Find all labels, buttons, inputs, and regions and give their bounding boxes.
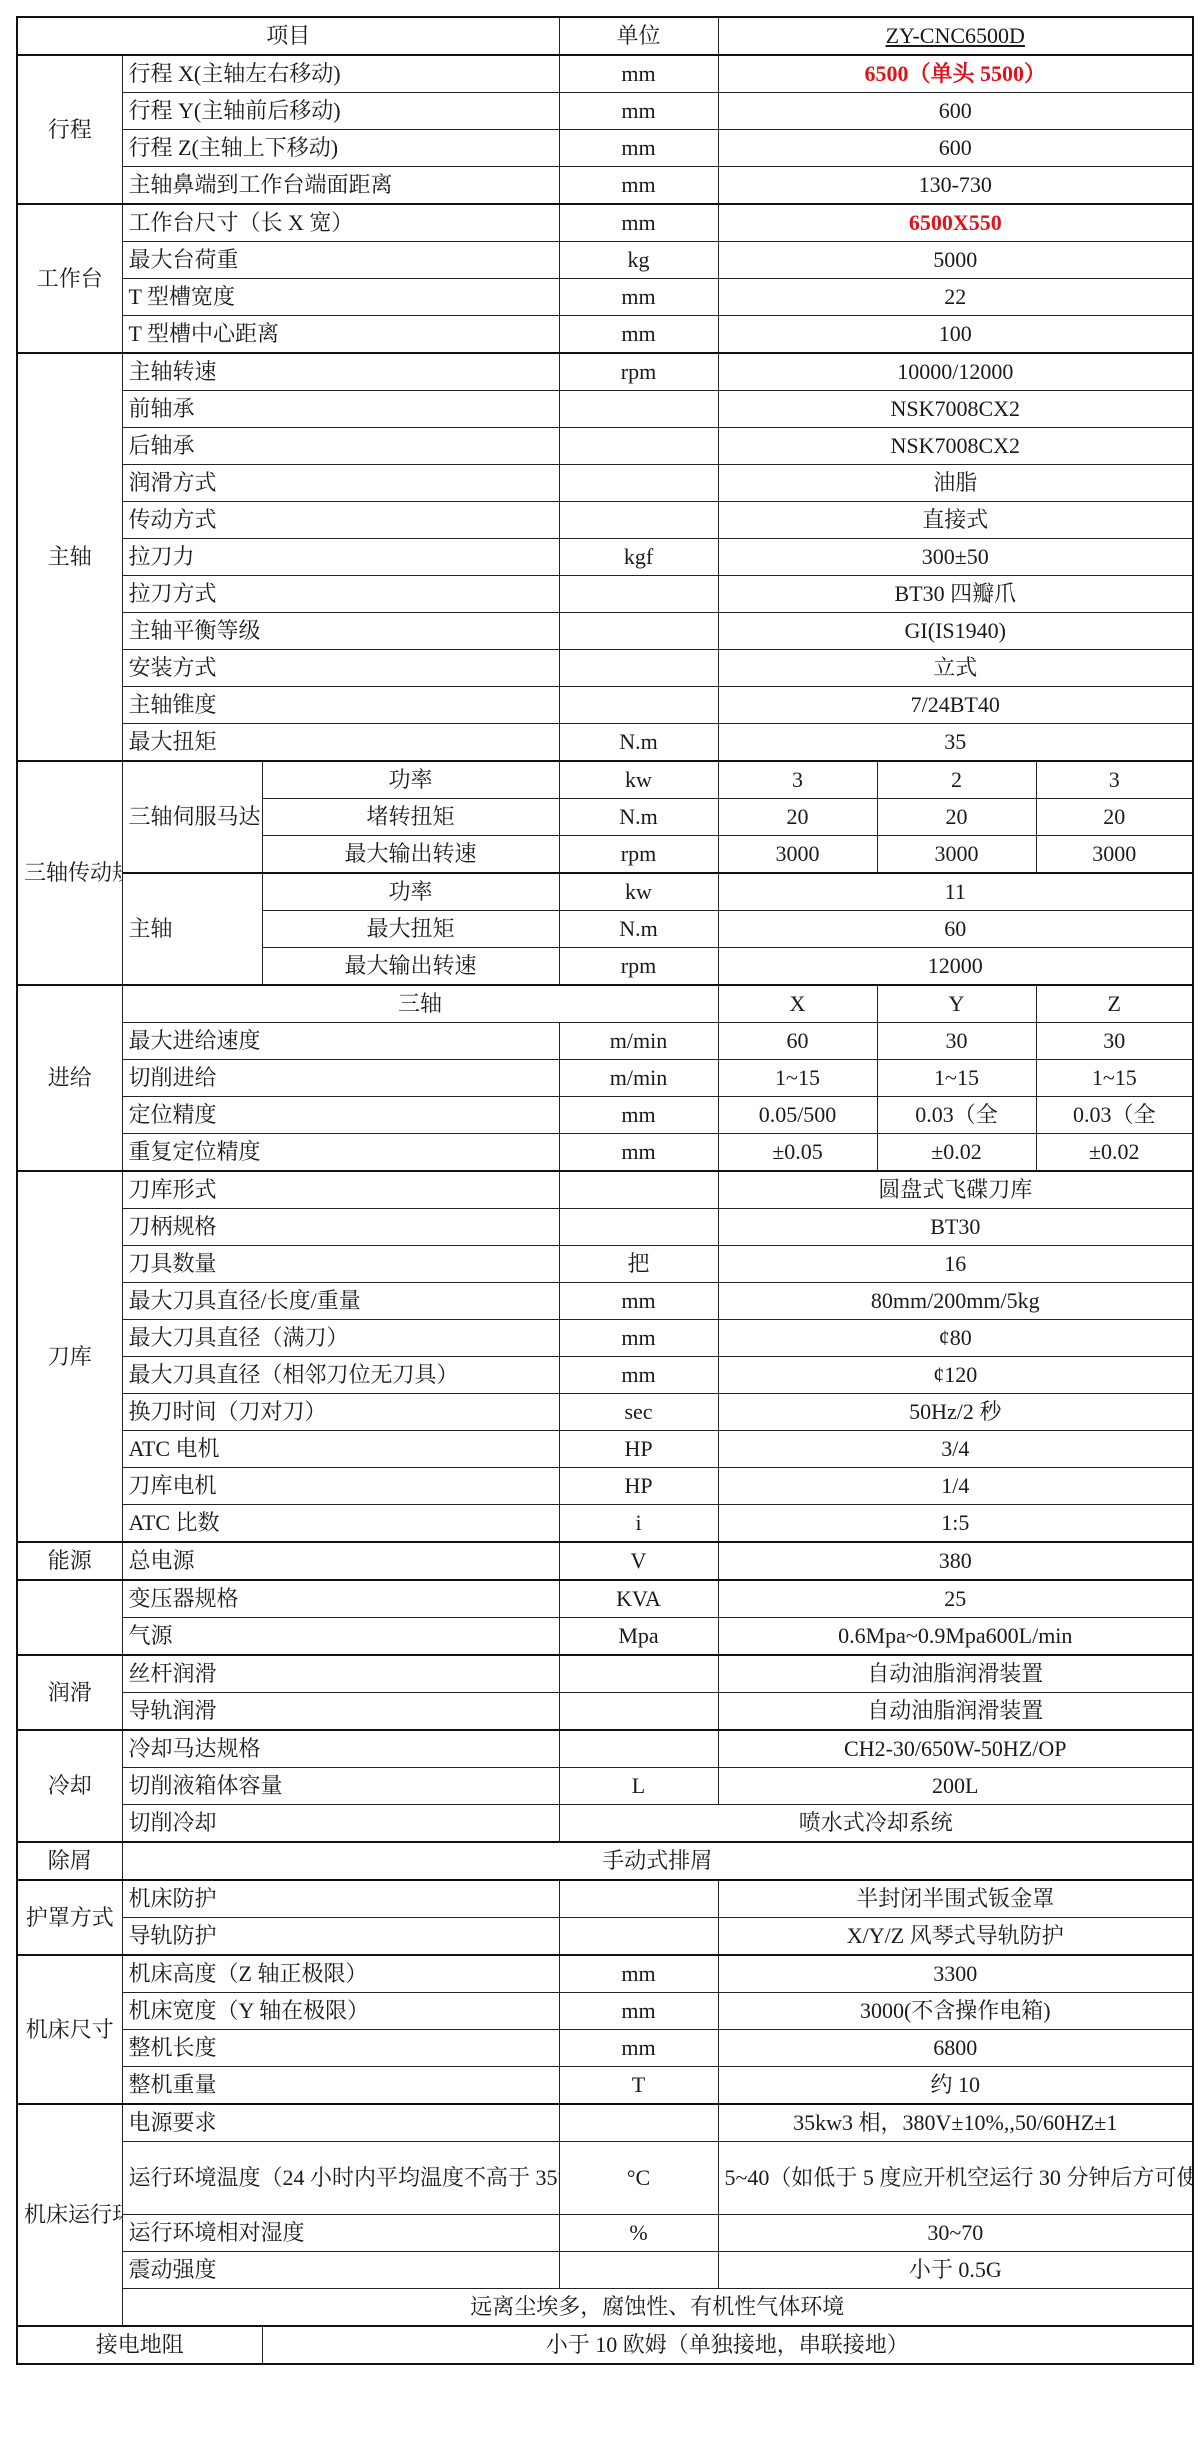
table-row: ATC 电机 HP 3/4	[17, 1431, 1193, 1468]
header-row: 项目 单位 ZY-CNC6500D	[17, 17, 1193, 55]
item-unit: mm	[559, 1955, 718, 1993]
item-value: 600	[718, 130, 1193, 167]
item-value: 11	[718, 873, 1193, 911]
item-unit: mm	[559, 1097, 718, 1134]
item-value: 60	[718, 911, 1193, 948]
item-name: 冷却马达规格	[122, 1730, 559, 1768]
group-feed: 进给	[17, 985, 122, 1171]
table-row: 重复定位精度 mm ±0.05 ±0.02 ±0.02	[17, 1134, 1193, 1172]
item-unit: m/min	[559, 1023, 718, 1060]
value-x: 3000	[718, 836, 877, 874]
item-value: 油脂	[718, 465, 1193, 502]
table-row: 传动方式 直接式	[17, 502, 1193, 539]
item-name: 主轴转速	[122, 353, 559, 391]
item-unit: kw	[559, 761, 718, 799]
item-value: 100	[718, 316, 1193, 354]
header-unit: 单位	[559, 17, 718, 55]
item-name: 总电源	[122, 1542, 559, 1580]
table-row: 机床尺寸 机床高度（Z 轴正极限） mm 3300	[17, 1955, 1193, 1993]
item-unit	[559, 1693, 718, 1731]
item-name: ATC 电机	[122, 1431, 559, 1468]
table-row: 机床运行环境要求 电源要求 35kw3 相，380V±10%,,50/60HZ±…	[17, 2104, 1193, 2142]
axis-z-header: Z	[1036, 985, 1193, 1023]
value-x: ±0.05	[718, 1134, 877, 1172]
item-name: 润滑方式	[122, 465, 559, 502]
group-environment: 机床运行环境要求	[17, 2104, 122, 2326]
item-unit	[559, 428, 718, 465]
group-worktable: 工作台	[17, 204, 122, 353]
item-name: 最大输出转速	[262, 836, 559, 874]
item-name: 主轴鼻端到工作台端面距离	[122, 167, 559, 205]
table-row: T 型槽宽度 mm 22	[17, 279, 1193, 316]
value-z: 0.03（全	[1036, 1097, 1193, 1134]
item-value: 25	[718, 1580, 1193, 1618]
table-row: 主轴鼻端到工作台端面距离 mm 130-730	[17, 167, 1193, 205]
item-unit: 把	[559, 1246, 718, 1283]
table-row: 三轴传动规格 三轴伺服马达 功率 kw 3 2 3	[17, 761, 1193, 799]
item-value: ¢80	[718, 1320, 1193, 1357]
axis-x-header: X	[718, 985, 877, 1023]
item-name: 换刀时间（刀对刀）	[122, 1394, 559, 1431]
item-name: 运行环境相对湿度	[122, 2215, 559, 2252]
item-name: 拉刀力	[122, 539, 559, 576]
item-value: 600	[718, 93, 1193, 130]
item-unit: mm	[559, 279, 718, 316]
table-row: 刀柄规格 BT30	[17, 1209, 1193, 1246]
table-row: 整机重量 T 约 10	[17, 2067, 1193, 2105]
item-name: 主轴锥度	[122, 687, 559, 724]
item-value: 7/24BT40	[718, 687, 1193, 724]
subgroup-servo: 三轴伺服马达	[122, 761, 262, 873]
item-value: BT30 四瓣爪	[718, 576, 1193, 613]
item-unit	[559, 576, 718, 613]
item-unit: HP	[559, 1468, 718, 1505]
table-row: T 型槽中心距离 mm 100	[17, 316, 1193, 354]
item-unit: rpm	[559, 836, 718, 874]
value-y: 2	[877, 761, 1036, 799]
item-value: 0.6Mpa~0.9Mpa600L/min	[718, 1618, 1193, 1656]
table-row: 气源 Mpa 0.6Mpa~0.9Mpa600L/min	[17, 1618, 1193, 1656]
table-row: 进给 三轴 X Y Z	[17, 985, 1193, 1023]
item-unit: mm	[559, 2030, 718, 2067]
item-name: 导轨润滑	[122, 1693, 559, 1731]
value-y: 30	[877, 1023, 1036, 1060]
table-row: 刀库电机 HP 1/4	[17, 1468, 1193, 1505]
spec-table: 项目 单位 ZY-CNC6500D 行程 行程 X(主轴左右移动) mm 650…	[16, 16, 1194, 2365]
value-y: 1~15	[877, 1060, 1036, 1097]
item-value: 自动油脂润滑装置	[718, 1693, 1193, 1731]
value-x: 1~15	[718, 1060, 877, 1097]
item-name: 切削进给	[122, 1060, 559, 1097]
item-value: 50Hz/2 秒	[718, 1394, 1193, 1431]
table-row: 行程 Y(主轴前后移动) mm 600	[17, 93, 1193, 130]
item-unit: mm	[559, 1357, 718, 1394]
item-value: 小于 0.5G	[718, 2252, 1193, 2289]
item-unit	[559, 502, 718, 539]
value-y: 3000	[877, 836, 1036, 874]
item-value: 22	[718, 279, 1193, 316]
table-row: 远离尘埃多，腐蚀性、有机性气体环境	[17, 2289, 1193, 2327]
header-item: 项目	[17, 17, 559, 55]
value-x: 0.05/500	[718, 1097, 877, 1134]
item-unit	[559, 1209, 718, 1246]
item-name: 最大输出转速	[262, 948, 559, 986]
subgroup-spindle: 主轴	[122, 873, 262, 985]
item-value: 3000(不含操作电箱)	[718, 1993, 1193, 2030]
item-value: 380	[718, 1542, 1193, 1580]
item-value: 3300	[718, 1955, 1193, 1993]
table-row: 安装方式 立式	[17, 650, 1193, 687]
table-row: 运行环境温度（24 小时内平均温度不高于 35°C） °C 5~40（如低于 5…	[17, 2142, 1193, 2215]
item-value: CH2-30/650W-50HZ/OP	[718, 1730, 1193, 1768]
environment-note: 远离尘埃多，腐蚀性、有机性气体环境	[122, 2289, 1193, 2327]
item-value: 3/4	[718, 1431, 1193, 1468]
value-y: 20	[877, 799, 1036, 836]
item-unit: i	[559, 1505, 718, 1543]
item-value: 立式	[718, 650, 1193, 687]
item-name: 后轴承	[122, 428, 559, 465]
table-row: 刀具数量 把 16	[17, 1246, 1193, 1283]
item-unit: KVA	[559, 1580, 718, 1618]
item-name: 机床宽度（Y 轴在极限）	[122, 1993, 559, 2030]
item-value-highlight: 6500（单头 5500）	[718, 55, 1193, 93]
table-row: 工作台 工作台尺寸（长 X 宽） mm 6500X550	[17, 204, 1193, 242]
item-name: 拉刀方式	[122, 576, 559, 613]
item-name: 刀具数量	[122, 1246, 559, 1283]
item-unit: mm	[559, 93, 718, 130]
item-unit	[559, 465, 718, 502]
item-unit	[559, 2252, 718, 2289]
item-unit	[559, 1880, 718, 1918]
table-row: 主轴 主轴转速 rpm 10000/12000	[17, 353, 1193, 391]
table-row: 后轴承 NSK7008CX2	[17, 428, 1193, 465]
item-value: 手动式排屑	[122, 1842, 1193, 1880]
item-name: 整机重量	[122, 2067, 559, 2105]
item-name: 切削冷却	[122, 1805, 559, 1843]
item-value: ¢120	[718, 1357, 1193, 1394]
table-row: 整机长度 mm 6800	[17, 2030, 1193, 2067]
item-value: 10000/12000	[718, 353, 1193, 391]
table-row: 冷却 冷却马达规格 CH2-30/650W-50HZ/OP	[17, 1730, 1193, 1768]
value-z: 3	[1036, 761, 1193, 799]
item-value: 300±50	[718, 539, 1193, 576]
item-name: 最大刀具直径（满刀）	[122, 1320, 559, 1357]
group-guard: 护罩方式	[17, 1880, 122, 1955]
group-spindle: 主轴	[17, 353, 122, 761]
axes-header-label: 三轴	[122, 985, 718, 1023]
item-name: 行程 X(主轴左右移动)	[122, 55, 559, 93]
item-unit: N.m	[559, 724, 718, 762]
item-name: 机床高度（Z 轴正极限）	[122, 1955, 559, 1993]
item-name: 定位精度	[122, 1097, 559, 1134]
item-name: 功率	[262, 761, 559, 799]
item-value-highlight: 6500X550	[718, 204, 1193, 242]
item-value: X/Y/Z 风琴式导轨防护	[718, 1918, 1193, 1956]
item-value: 35	[718, 724, 1193, 762]
group-drive: 三轴传动规格	[17, 761, 122, 985]
item-name: 最大扭矩	[262, 911, 559, 948]
item-value: 16	[718, 1246, 1193, 1283]
item-value: 6800	[718, 2030, 1193, 2067]
item-unit: mm	[559, 1283, 718, 1320]
item-unit: N.m	[559, 911, 718, 948]
item-name: 最大扭矩	[122, 724, 559, 762]
table-row: 润滑 丝杆润滑 自动油脂润滑装置	[17, 1655, 1193, 1693]
item-unit: %	[559, 2215, 718, 2252]
item-value: 半封闭半围式钣金罩	[718, 1880, 1193, 1918]
item-unit: mm	[559, 130, 718, 167]
item-unit	[559, 1171, 718, 1209]
table-row: 拉刀方式 BT30 四瓣爪	[17, 576, 1193, 613]
item-value: 12000	[718, 948, 1193, 986]
table-row: 主轴 功率 kw 11	[17, 873, 1193, 911]
item-name: 安装方式	[122, 650, 559, 687]
item-unit: kgf	[559, 539, 718, 576]
group-stroke: 行程	[17, 55, 122, 204]
item-name: ATC 比数	[122, 1505, 559, 1543]
item-value: 自动油脂润滑装置	[718, 1655, 1193, 1693]
value-z: 20	[1036, 799, 1193, 836]
item-name: 前轴承	[122, 391, 559, 428]
item-value: BT30	[718, 1209, 1193, 1246]
item-value: 80mm/200mm/5kg	[718, 1283, 1193, 1320]
item-name: 行程 Y(主轴前后移动)	[122, 93, 559, 130]
table-row: 润滑方式 油脂	[17, 465, 1193, 502]
item-unit	[559, 1918, 718, 1956]
value-z: ±0.02	[1036, 1134, 1193, 1172]
item-value: 1:5	[718, 1505, 1193, 1543]
item-value: NSK7008CX2	[718, 428, 1193, 465]
table-row: 震动强度 小于 0.5G	[17, 2252, 1193, 2289]
item-unit: m/min	[559, 1060, 718, 1097]
item-unit: T	[559, 2067, 718, 2105]
group-magazine: 刀库	[17, 1171, 122, 1542]
table-row: 刀库 刀库形式 圆盘式飞碟刀库	[17, 1171, 1193, 1209]
item-unit: mm	[559, 167, 718, 205]
item-name: 电源要求	[122, 2104, 559, 2142]
table-row: 护罩方式 机床防护 半封闭半围式钣金罩	[17, 1880, 1193, 1918]
axis-y-header: Y	[877, 985, 1036, 1023]
item-value: 喷水式冷却系统	[559, 1805, 1193, 1843]
item-unit: mm	[559, 316, 718, 354]
item-name: 运行环境温度（24 小时内平均温度不高于 35°C）	[122, 2142, 559, 2215]
table-row: 切削进给 m/min 1~15 1~15 1~15	[17, 1060, 1193, 1097]
item-unit: N.m	[559, 799, 718, 836]
table-row: 最大扭矩 N.m 35	[17, 724, 1193, 762]
table-row: ATC 比数 i 1:5	[17, 1505, 1193, 1543]
table-row: 最大台荷重 kg 5000	[17, 242, 1193, 279]
table-row: 行程 行程 X(主轴左右移动) mm 6500（单头 5500）	[17, 55, 1193, 93]
item-value: 直接式	[718, 502, 1193, 539]
item-unit: mm	[559, 1993, 718, 2030]
table-row: 导轨润滑 自动油脂润滑装置	[17, 1693, 1193, 1731]
table-row: 最大刀具直径（满刀） mm ¢80	[17, 1320, 1193, 1357]
item-name: 传动方式	[122, 502, 559, 539]
item-name: 行程 Z(主轴上下移动)	[122, 130, 559, 167]
item-unit: mm	[559, 204, 718, 242]
table-row: 除屑 手动式排屑	[17, 1842, 1193, 1880]
item-name: 机床防护	[122, 1880, 559, 1918]
item-name: 震动强度	[122, 2252, 559, 2289]
item-name: 最大刀具直径/长度/重量	[122, 1283, 559, 1320]
item-value: 约 10	[718, 2067, 1193, 2105]
item-unit: mm	[559, 55, 718, 93]
table-row: 切削冷却 喷水式冷却系统	[17, 1805, 1193, 1843]
item-value: 5000	[718, 242, 1193, 279]
item-name: 刀库形式	[122, 1171, 559, 1209]
item-name: T 型槽中心距离	[122, 316, 559, 354]
table-row: 导轨防护 X/Y/Z 风琴式导轨防护	[17, 1918, 1193, 1956]
item-unit	[559, 1655, 718, 1693]
item-name: 接电地阻	[17, 2326, 262, 2364]
value-x: 20	[718, 799, 877, 836]
item-unit: rpm	[559, 353, 718, 391]
item-unit: Mpa	[559, 1618, 718, 1656]
item-unit	[559, 613, 718, 650]
table-row: 机床宽度（Y 轴在极限） mm 3000(不含操作电箱)	[17, 1993, 1193, 2030]
item-name: 切削液箱体容量	[122, 1768, 559, 1805]
item-unit: sec	[559, 1394, 718, 1431]
item-value: GI(IS1940)	[718, 613, 1193, 650]
item-name: 主轴平衡等级	[122, 613, 559, 650]
item-name: 导轨防护	[122, 1918, 559, 1956]
value-z: 30	[1036, 1023, 1193, 1060]
table-row: 最大进给速度 m/min 60 30 30	[17, 1023, 1193, 1060]
value-z: 1~15	[1036, 1060, 1193, 1097]
item-name: 工作台尺寸（长 X 宽）	[122, 204, 559, 242]
item-value: 圆盘式飞碟刀库	[718, 1171, 1193, 1209]
item-name: 刀库电机	[122, 1468, 559, 1505]
item-value: 130-730	[718, 167, 1193, 205]
value-y: 0.03（全	[877, 1097, 1036, 1134]
item-name: 最大台荷重	[122, 242, 559, 279]
item-name: 重复定位精度	[122, 1134, 559, 1172]
table-row: 前轴承 NSK7008CX2	[17, 391, 1193, 428]
item-name: 最大刀具直径（相邻刀位无刀具）	[122, 1357, 559, 1394]
item-unit	[559, 687, 718, 724]
item-name: 刀柄规格	[122, 1209, 559, 1246]
table-row: 主轴平衡等级 GI(IS1940)	[17, 613, 1193, 650]
value-x: 60	[718, 1023, 877, 1060]
item-name: 功率	[262, 873, 559, 911]
item-name: 变压器规格	[122, 1580, 559, 1618]
item-unit	[559, 650, 718, 687]
item-value: NSK7008CX2	[718, 391, 1193, 428]
header-model: ZY-CNC6500D	[718, 17, 1193, 55]
item-value: 200L	[718, 1768, 1193, 1805]
item-name: T 型槽宽度	[122, 279, 559, 316]
group-utilities	[17, 1580, 122, 1655]
item-unit	[559, 1730, 718, 1768]
table-row: 变压器规格 KVA 25	[17, 1580, 1193, 1618]
item-unit: L	[559, 1768, 718, 1805]
item-unit: HP	[559, 1431, 718, 1468]
table-row: 最大刀具直径/长度/重量 mm 80mm/200mm/5kg	[17, 1283, 1193, 1320]
item-value: 5~40（如低于 5 度应开机空运行 30 分钟后方可使用）	[718, 2142, 1193, 2215]
item-name: 堵转扭矩	[262, 799, 559, 836]
group-lubrication: 润滑	[17, 1655, 122, 1730]
table-row: 切削液箱体容量 L 200L	[17, 1768, 1193, 1805]
item-name: 整机长度	[122, 2030, 559, 2067]
value-x: 3	[718, 761, 877, 799]
table-row: 行程 Z(主轴上下移动) mm 600	[17, 130, 1193, 167]
table-row: 接电地阻 小于 10 欧姆（单独接地，串联接地）	[17, 2326, 1193, 2364]
table-row: 定位精度 mm 0.05/500 0.03（全 0.03（全	[17, 1097, 1193, 1134]
group-power: 能源	[17, 1542, 122, 1580]
item-unit: mm	[559, 1320, 718, 1357]
table-row: 能源 总电源 V 380	[17, 1542, 1193, 1580]
item-value: 35kw3 相，380V±10%,,50/60HZ±1	[718, 2104, 1193, 2142]
table-row: 换刀时间（刀对刀） sec 50Hz/2 秒	[17, 1394, 1193, 1431]
item-unit	[559, 2104, 718, 2142]
table-row: 主轴锥度 7/24BT40	[17, 687, 1193, 724]
item-value: 1/4	[718, 1468, 1193, 1505]
item-name: 最大进给速度	[122, 1023, 559, 1060]
value-z: 3000	[1036, 836, 1193, 874]
table-row: 运行环境相对湿度 % 30~70	[17, 2215, 1193, 2252]
item-name: 丝杆润滑	[122, 1655, 559, 1693]
item-unit	[559, 391, 718, 428]
item-value: 小于 10 欧姆（单独接地，串联接地）	[262, 2326, 1193, 2364]
item-unit: kw	[559, 873, 718, 911]
value-y: ±0.02	[877, 1134, 1036, 1172]
table-row: 最大刀具直径（相邻刀位无刀具） mm ¢120	[17, 1357, 1193, 1394]
item-unit: V	[559, 1542, 718, 1580]
table-row: 拉刀力 kgf 300±50	[17, 539, 1193, 576]
item-unit: kg	[559, 242, 718, 279]
item-name: 气源	[122, 1618, 559, 1656]
group-cooling: 冷却	[17, 1730, 122, 1842]
item-unit: °C	[559, 2142, 718, 2215]
group-chip-removal: 除屑	[17, 1842, 122, 1880]
item-unit: rpm	[559, 948, 718, 986]
item-value: 30~70	[718, 2215, 1193, 2252]
item-unit: mm	[559, 1134, 718, 1172]
group-dimensions: 机床尺寸	[17, 1955, 122, 2104]
